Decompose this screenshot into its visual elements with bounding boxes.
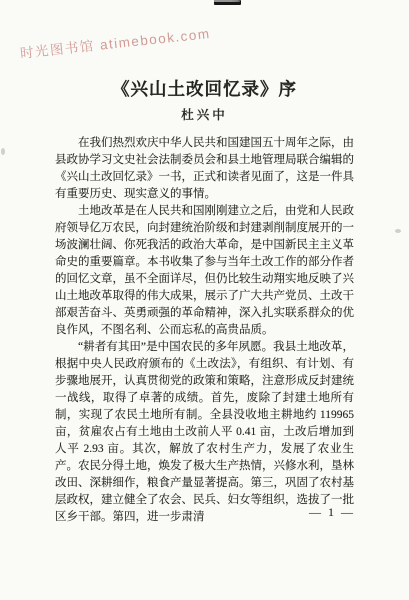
scan-speck [1, 148, 5, 155]
scan-speck [395, 229, 401, 233]
scan-artifact-dashes [214, 0, 409, 8]
body-text: 在我们热烈欢庆中华人民共和国建国五十周年之际，由县政协学习文史社会法制委员会和县… [55, 135, 354, 526]
library-watermark: 时光图书馆 atimebook.com [19, 22, 211, 62]
paragraph: “耕者有其田”是中国农民的多年夙愿。我县土地改革，根据中央人民政府颁布的《土改法… [55, 339, 354, 526]
paragraph: 土地改革是在人民共和国刚刚建立之后，由党和人民政府领导亿万农民，向封建统治阶级和… [55, 203, 354, 339]
page-title: 《兴山土改回忆录》序 [0, 76, 409, 101]
page-number: — 1 — [309, 505, 355, 520]
paragraph: 在我们热烈欢庆中华人民共和国建国五十周年之际，由县政协学习文史社会法制委员会和县… [55, 135, 354, 203]
author-name: 杜兴中 [0, 105, 409, 123]
scan-dash [214, 0, 233, 2]
